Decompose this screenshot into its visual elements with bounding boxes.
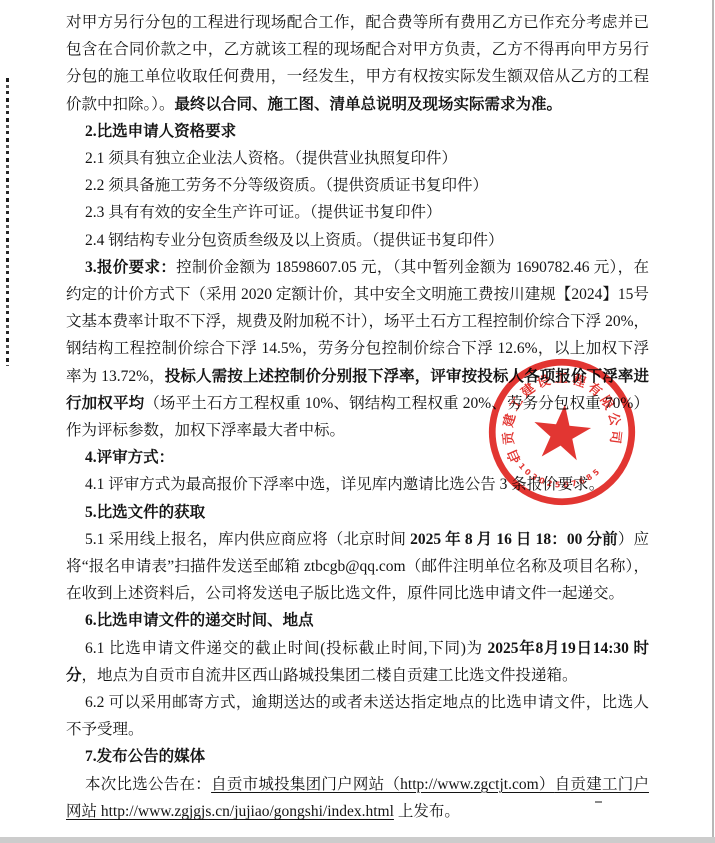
scan-artifact-stray-mark: [595, 801, 602, 803]
clause-2-2: 2.2 须具备施工劳务不分等级资质。（提供资质证书复印件）: [66, 172, 649, 199]
section-7-heading-segment: 7.发布公告的媒体: [85, 748, 205, 765]
section-5-heading-segment: 5.比选文件的获取: [85, 504, 205, 521]
clause-2-3: 2.3 具有有效的安全生产许可证。（提供证书复印件）: [66, 199, 649, 226]
clause-4-1-segment: 4.1 评审方式为最高报价下浮率中选，详见库内邀请比选公告 3 条报价要求。: [85, 476, 604, 493]
clause-2-1-segment: 2.1 须具有独立企业法人资格。（提供营业执照复印件）: [85, 150, 457, 167]
clause-2-1: 2.1 须具有独立企业法人资格。（提供营业执照复印件）: [66, 145, 649, 172]
clause-5-1-segment: 2025 年 8 月 16 日 18：00 分前: [410, 531, 618, 548]
clause-2-2-segment: 2.2 须具备施工劳务不分等级资质。（提供资质证书复印件）: [85, 177, 488, 194]
section-7-heading: 7.发布公告的媒体: [66, 743, 649, 770]
section-5-heading: 5.比选文件的获取: [66, 499, 649, 526]
clause-6-2-segment: 6.2 可以采用邮寄方式，逾期送达的或者未送达指定地点的比选申请文件，比选人不予…: [66, 694, 649, 738]
clause-6-1-segment: ，地点为自贡市自流井区西山路城投集团二楼自贡建工比选文件投递箱。: [82, 667, 578, 684]
clause-6-1-segment: 6.1 比选申请文件递交的截止时间(投标截止时间,下同)为: [85, 640, 487, 657]
section-4-heading: 4.评审方式：: [66, 444, 649, 471]
page-edge-right: [712, 0, 714, 843]
clause-7-media-segment: 上发布。: [394, 803, 460, 820]
section-2-heading-segment: 2.比选申请人资格要求: [85, 123, 236, 140]
clause-5-1: 5.1 采用线上报名，库内供应商应将（北京时间 2025 年 8 月 16 日 …: [66, 526, 649, 608]
document-body: 对甲方另行分包的工程进行现场配合工作，配合费等所有费用乙方已作充分考虑并已包含在…: [66, 9, 649, 825]
clause-2-4-segment: 2.4 钢结构专业分包资质叁级及以上资质。（提供证书复印件）: [85, 232, 504, 249]
section-4-heading-segment: 4.评审方式：: [85, 449, 174, 466]
section-2-heading: 2.比选申请人资格要求: [66, 118, 649, 145]
clause-1-continuation: 对甲方另行分包的工程进行现场配合工作，配合费等所有费用乙方已作充分考虑并已包含在…: [66, 9, 649, 118]
section-3-pricing-segment: 3.报价要求：: [85, 259, 176, 276]
section-3-pricing-segment: （场平土石方工程权重 10%、钢结构工程权重 20%、劳务分包权重 70%）作为…: [66, 395, 649, 439]
clause-7-media-segment: 本次比选公告在：: [85, 776, 211, 793]
clause-5-1-segment: 5.1 采用线上报名，库内供应商应将（北京时间: [85, 531, 410, 548]
clause-4-1: 4.1 评审方式为最高报价下浮率中选，详见库内邀请比选公告 3 条报价要求。: [66, 471, 649, 498]
clause-7-media-segment: 自贡市城投集团门户网站（http://www.zgctjt.com）: [211, 776, 555, 793]
section-3-pricing: 3.报价要求：控制价金额为 18598607.05 元，（其中暂列金额为 169…: [66, 254, 649, 444]
clause-1-continuation-segment: 最终以合同、施工图、清单总说明及现场实际需求为准。: [175, 96, 563, 113]
clause-2-4: 2.4 钢结构专业分包资质叁级及以上资质。（提供证书复印件）: [66, 227, 649, 254]
clause-6-1: 6.1 比选申请文件递交的截止时间(投标截止时间,下同)为 2025年8月19日…: [66, 635, 649, 689]
section-6-heading: 6.比选申请文件的递交时间、地点: [66, 607, 649, 634]
clause-2-3-segment: 2.3 具有有效的安全生产许可证。（提供证书复印件）: [85, 204, 442, 221]
section-6-heading-segment: 6.比选申请文件的递交时间、地点: [85, 612, 314, 629]
scan-artifact-left-dashes: [6, 78, 9, 366]
clause-7-media: 本次比选公告在：自贡市城投集团门户网站（http://www.zgctjt.co…: [66, 771, 649, 825]
section-3-pricing-segment: 控制价金额为 18598607.05 元，（其中暂列金额为 1690782.46…: [66, 259, 649, 385]
page-edge-bottom: [0, 837, 715, 843]
clause-6-2: 6.2 可以采用邮寄方式，逾期送达的或者未送达指定地点的比选申请文件，比选人不予…: [66, 689, 649, 743]
